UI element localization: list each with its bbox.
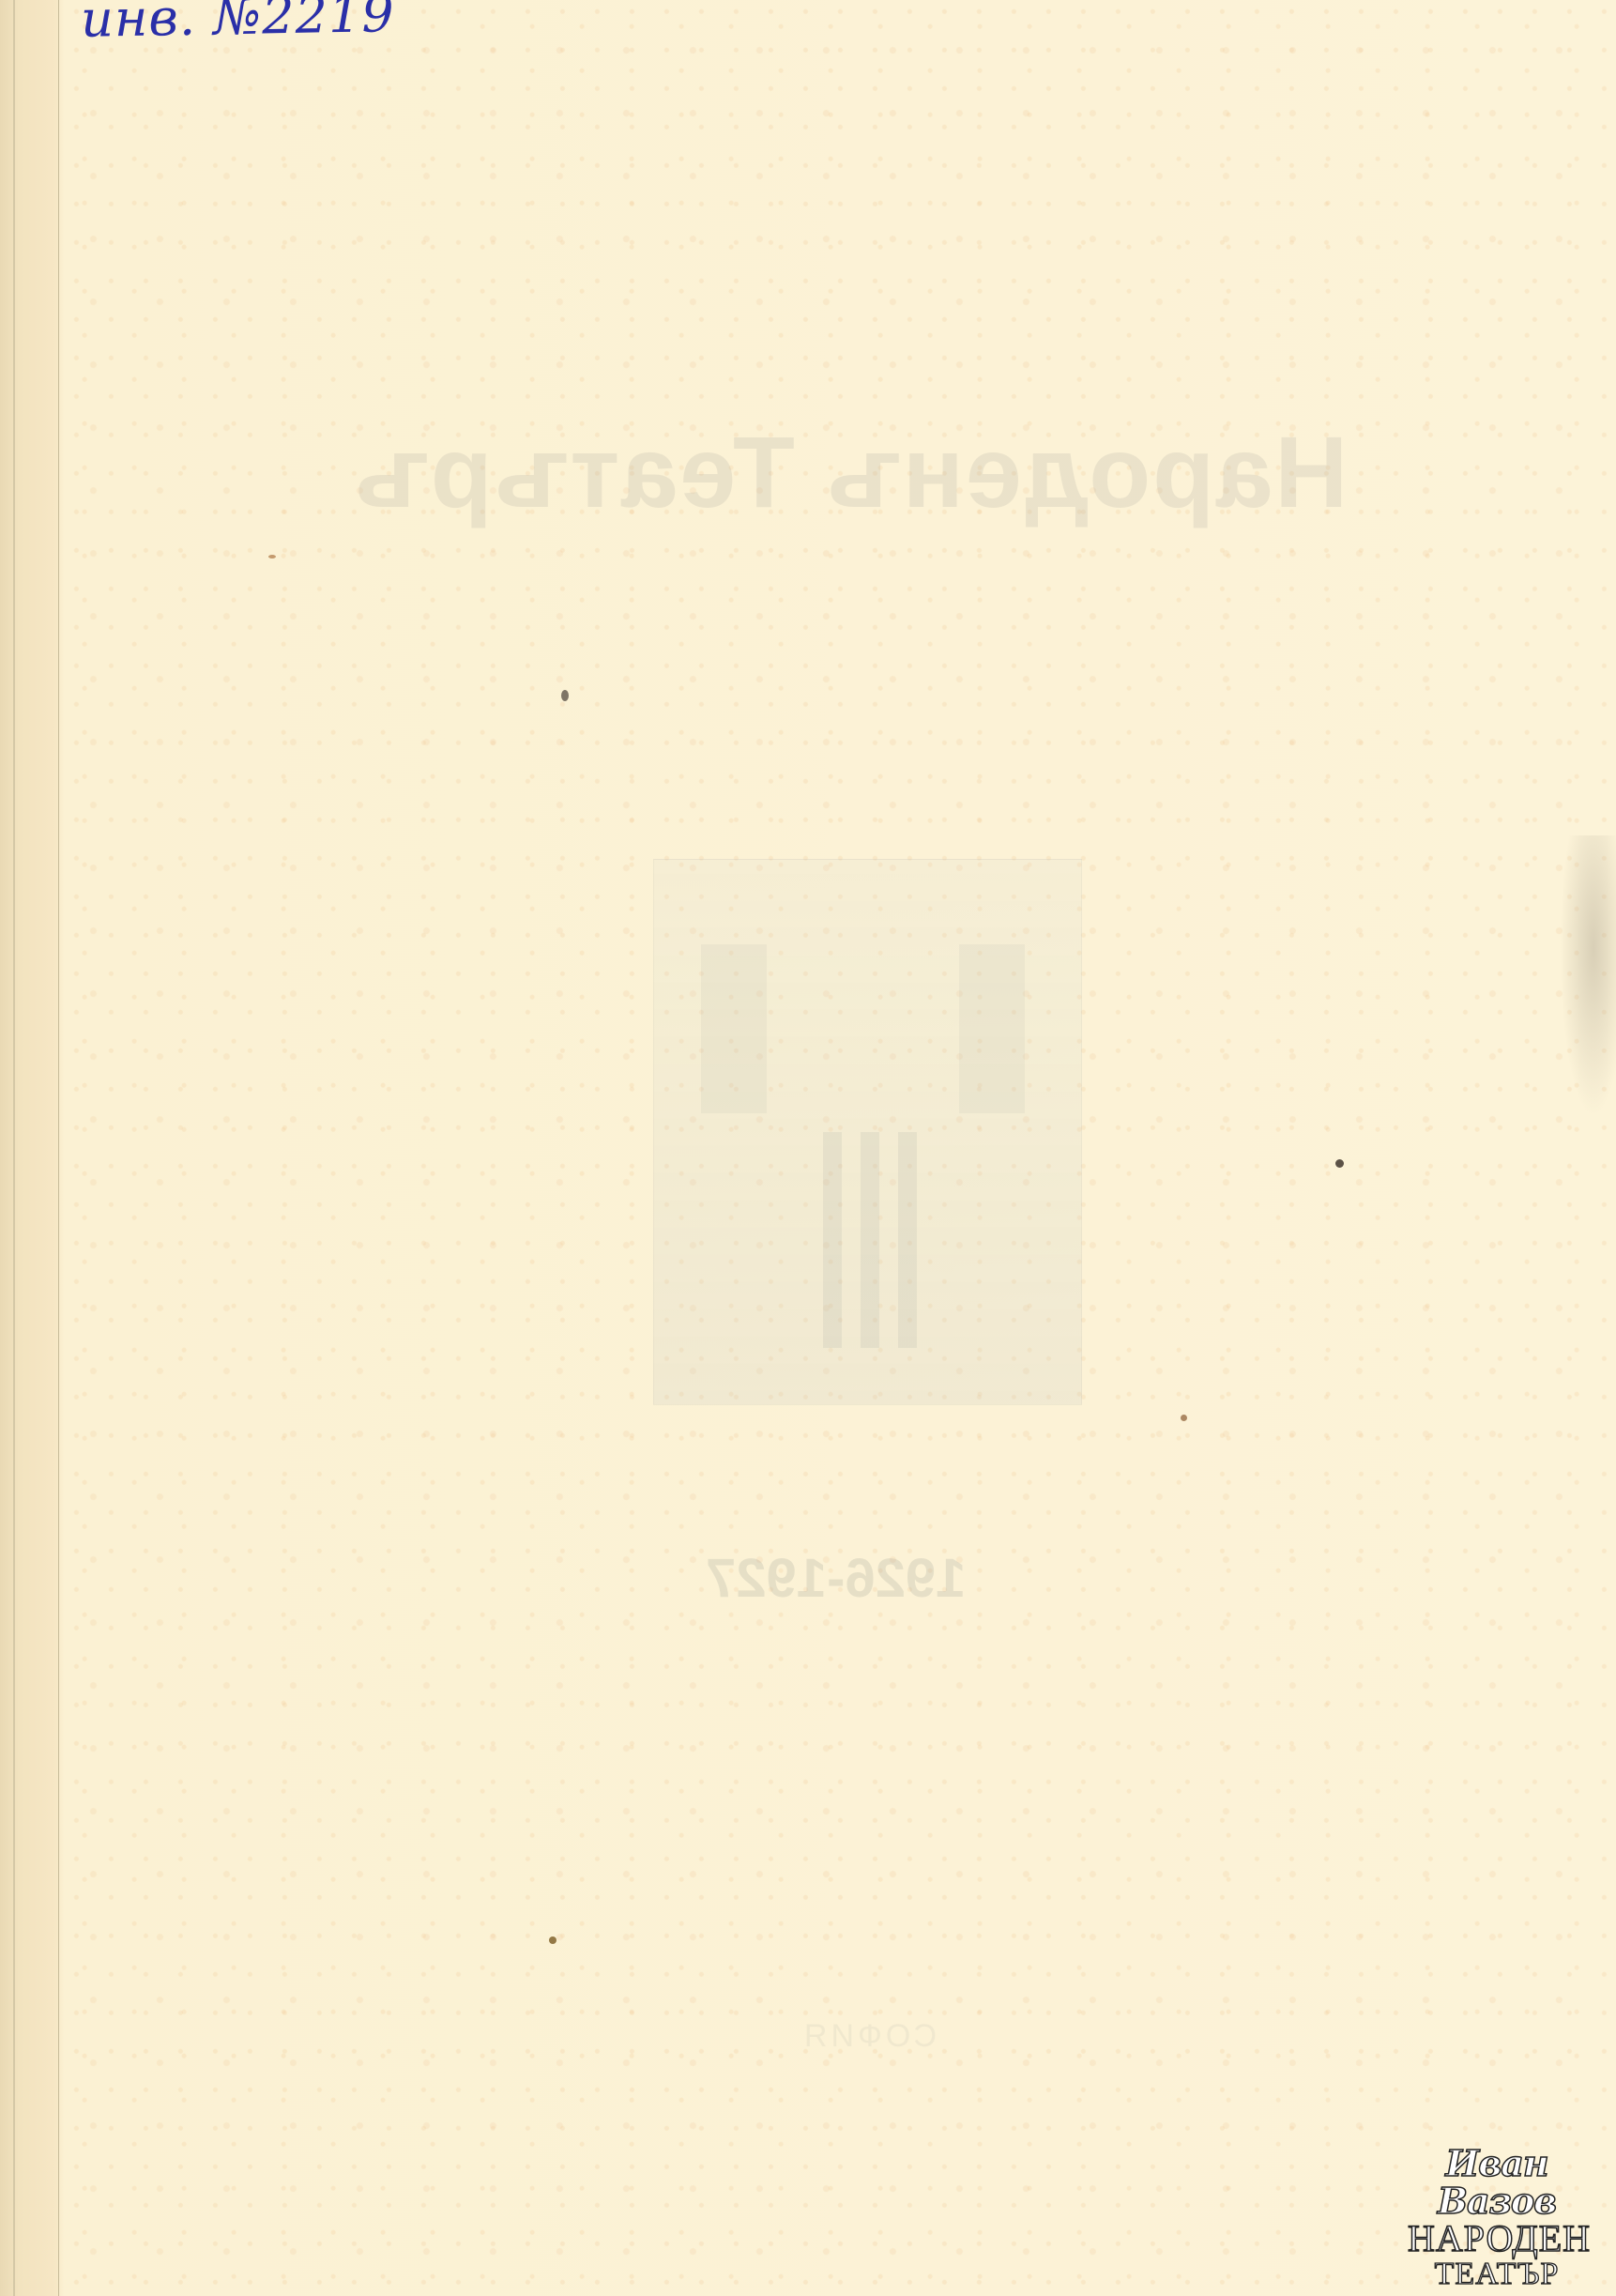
mirrored-years-text: 1926-1927: [706, 1547, 966, 1610]
speck: [549, 1936, 556, 1944]
speck: [268, 555, 276, 559]
mirrored-city-text: СОФИЯ: [800, 2018, 937, 2055]
inventory-note: инв. №2219: [80, 0, 395, 49]
photo-tower-left: [701, 944, 767, 1113]
show-through-years: 1926-1927: [0, 1547, 1616, 1610]
national-theatre-logo: Иван Вазов НАРОДЕН ТЕАТЪР: [1408, 2145, 1586, 2291]
photo-tower-right: [959, 944, 1025, 1113]
logo-line-1: НАРОДЕН: [1408, 2220, 1586, 2258]
show-through-title: Народенъ Театъръ: [0, 413, 1616, 530]
speck: [1181, 1415, 1187, 1421]
speck: [561, 690, 569, 701]
logo-signature: Иван Вазов: [1408, 2145, 1586, 2220]
spine-fold: [0, 0, 59, 2296]
show-through-building-photo: [653, 859, 1082, 1405]
logo-line-2: ТЕАТЪР: [1408, 2258, 1586, 2291]
photo-columns: [823, 1132, 931, 1348]
show-through-city: СОФИЯ: [0, 2018, 1616, 2055]
mirrored-title-text: Народенъ Театъръ: [353, 413, 1348, 530]
spine-edge: [4, 0, 15, 2296]
edge-stain: [1560, 835, 1616, 1117]
speck: [1335, 1159, 1344, 1168]
